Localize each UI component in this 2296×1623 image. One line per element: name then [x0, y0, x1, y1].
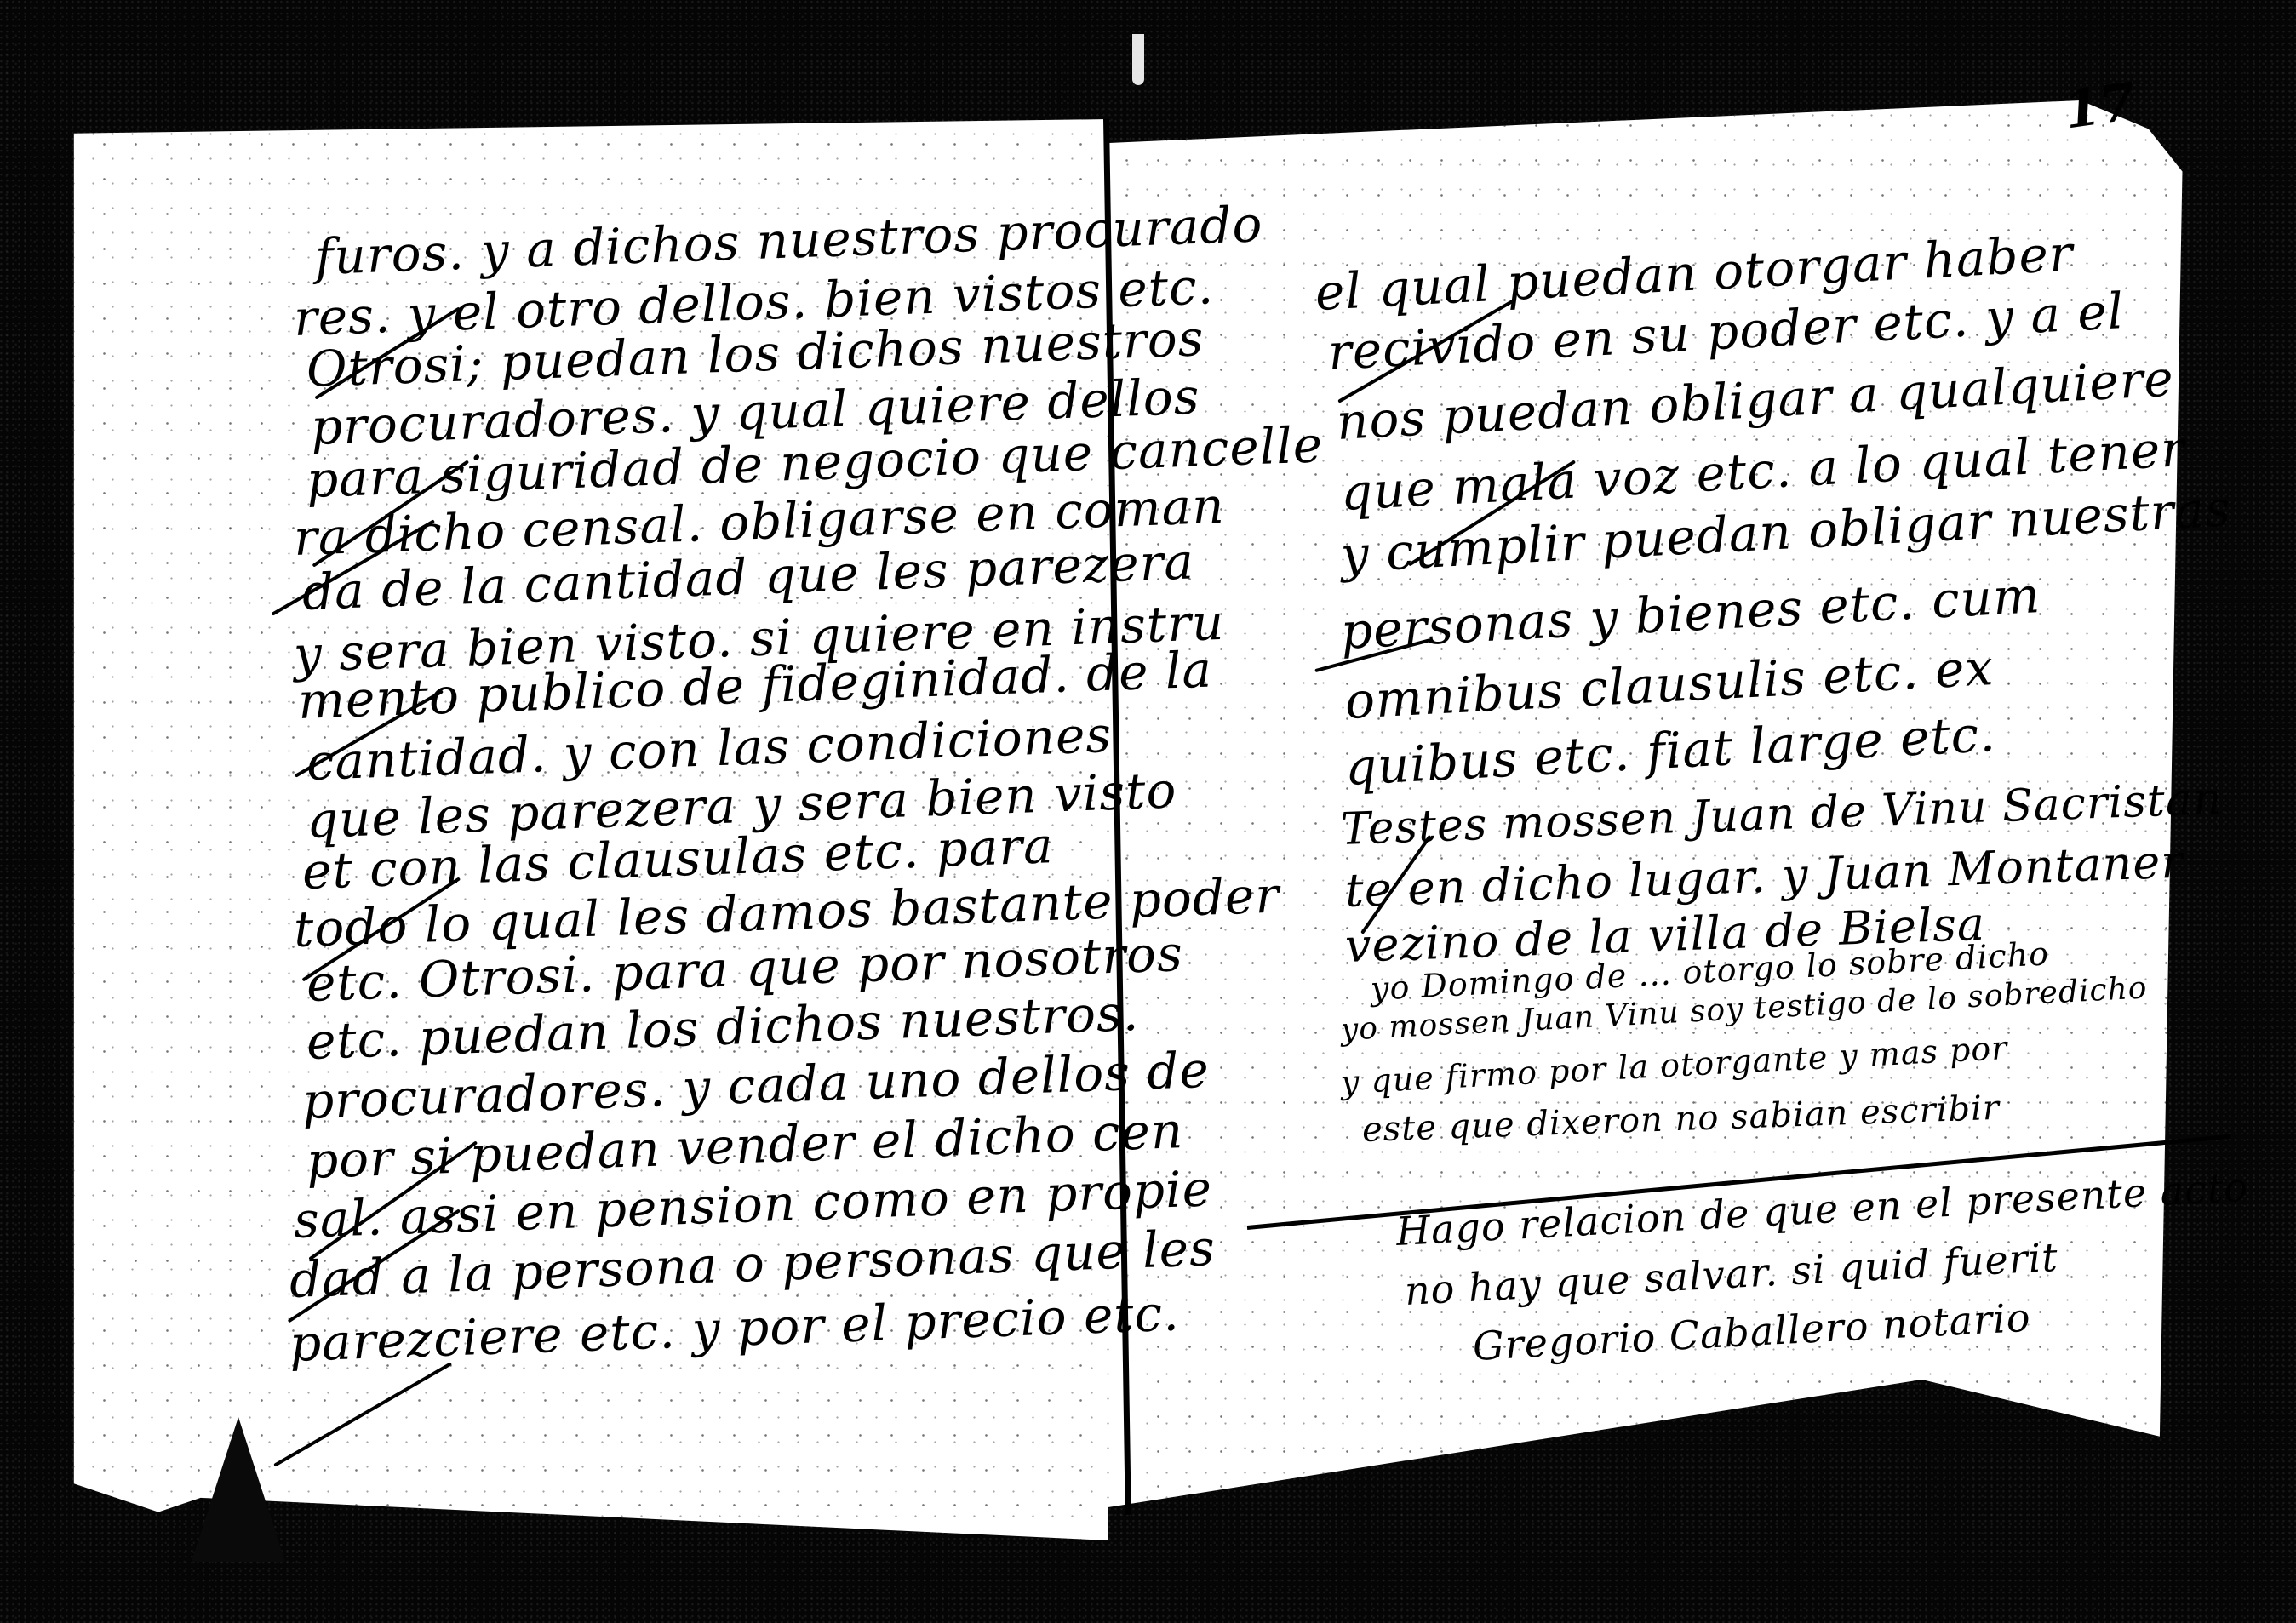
folio-number: 17	[2061, 72, 2139, 141]
binding-clasp	[1132, 34, 1144, 85]
ribbon-marker	[192, 1417, 285, 1562]
